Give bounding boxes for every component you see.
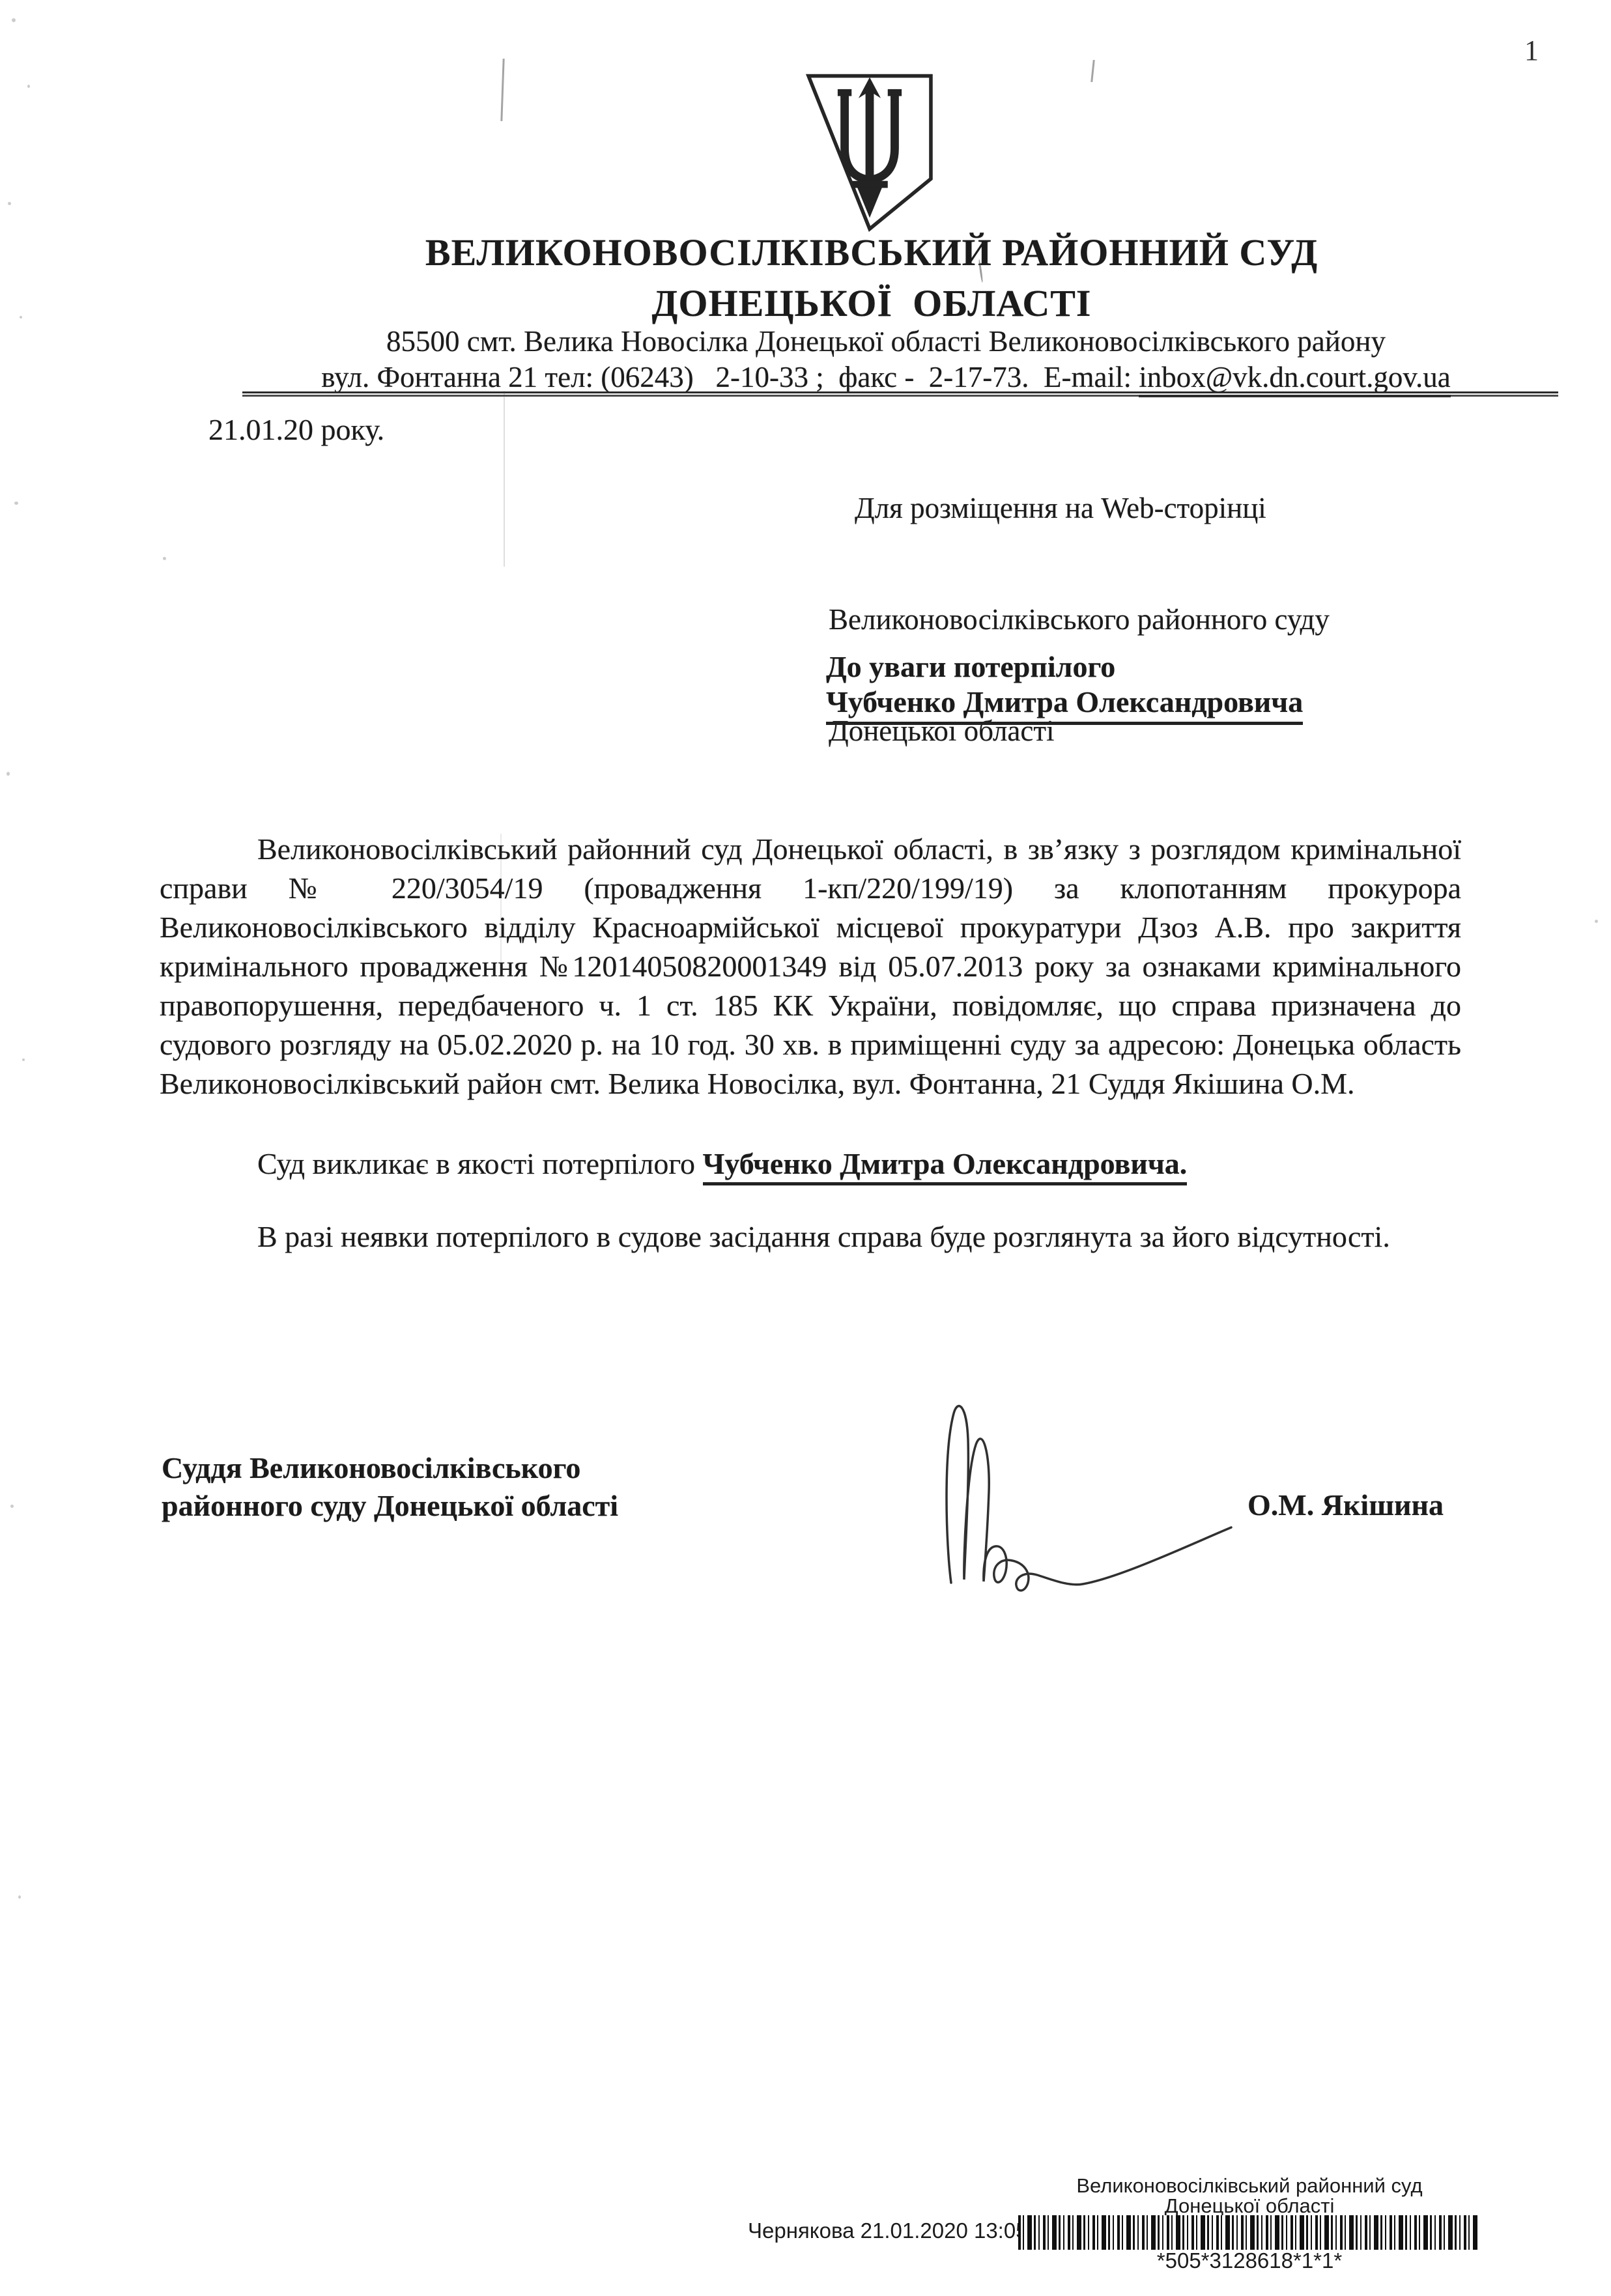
scan-artifact <box>163 557 166 560</box>
scan-artifact <box>10 1505 14 1508</box>
contact-text: вул. Фонтанна 21 тел: (06243) 2-10-33 ; … <box>321 361 1139 393</box>
header-separator-line <box>242 391 1558 393</box>
ukraine-trident-emblem-icon <box>800 70 939 234</box>
footer-court-stamp-line2: Донецької області <box>924 2194 1575 2218</box>
judge-title-line1: Суддя Великоновосілківського <box>162 1449 683 1487</box>
absence-notice: В разі неявки потерпілого в судове засід… <box>160 1217 1461 1256</box>
judge-name: О.М. Якішина <box>1247 1488 1444 1522</box>
web-note-line2: Великоновосілківського районного суду <box>829 601 1330 638</box>
scan-artifact <box>1595 920 1598 923</box>
court-contacts: вул. Фонтанна 21 тел: (06243) 2-10-33 ; … <box>163 360 1609 394</box>
judge-title: Суддя Великоновосілківського районного с… <box>162 1449 683 1525</box>
scanned-court-document: 1 ВЕЛИКОНОВОСІЛКІВСЬКИЙ РАЙОННИЙ СУД ДОН… <box>0 0 1611 2296</box>
recipient-name: Чубченко Дмитра Олександровича <box>826 685 1303 725</box>
scan-artifact <box>504 391 505 567</box>
document-date: 21.01.20 року. <box>208 412 384 447</box>
judge-signature <box>912 1394 1251 1597</box>
summons-sentence: Суд викликає в якості потерпілого Чубчен… <box>160 1144 1461 1183</box>
barcode-value: *505*3128618*1*1* <box>924 2248 1575 2273</box>
court-name-line2: ДОНЕЦЬКОЇ ОБЛАСТІ <box>130 281 1611 325</box>
scan-artifact <box>20 316 22 319</box>
scan-artifact <box>8 202 11 205</box>
body-paragraph: Великоновосілківський районний суд Донец… <box>160 830 1461 1103</box>
barcode <box>1018 2215 1479 2250</box>
scan-artifact <box>500 834 502 977</box>
scan-artifact <box>500 59 504 121</box>
scan-artifact <box>7 772 10 776</box>
scan-artifact <box>27 85 30 88</box>
scan-artifact <box>12 18 16 22</box>
court-name-line1: ВЕЛИКОНОВОСІЛКІВСЬКИЙ РАЙОННИЙ СУД <box>130 231 1611 274</box>
web-placement-note: Для розміщення на Web-сторінці Великонов… <box>829 416 1330 824</box>
web-note-line1: Для розміщення на Web-сторінці <box>829 490 1330 527</box>
scan-artifact <box>22 1058 25 1061</box>
scan-artifact <box>14 502 18 505</box>
page-number: 1 <box>1524 34 1539 67</box>
scan-artifact <box>18 1895 21 1899</box>
victim-name-emphasis: Чубченко Дмитра Олександровича. <box>703 1147 1188 1185</box>
attention-heading: До уваги потерпілого <box>826 649 1115 684</box>
judge-title-line2: районного суду Донецької області <box>162 1487 683 1525</box>
scan-artifact <box>1091 60 1095 82</box>
clerk-timestamp: Чернякова 21.01.2020 13:05:11 <box>748 2218 1056 2243</box>
court-address: 85500 смт. Велика Новосілка Донецької об… <box>163 324 1609 358</box>
summons-text: Суд викликає в якості потерпілого <box>257 1147 703 1180</box>
